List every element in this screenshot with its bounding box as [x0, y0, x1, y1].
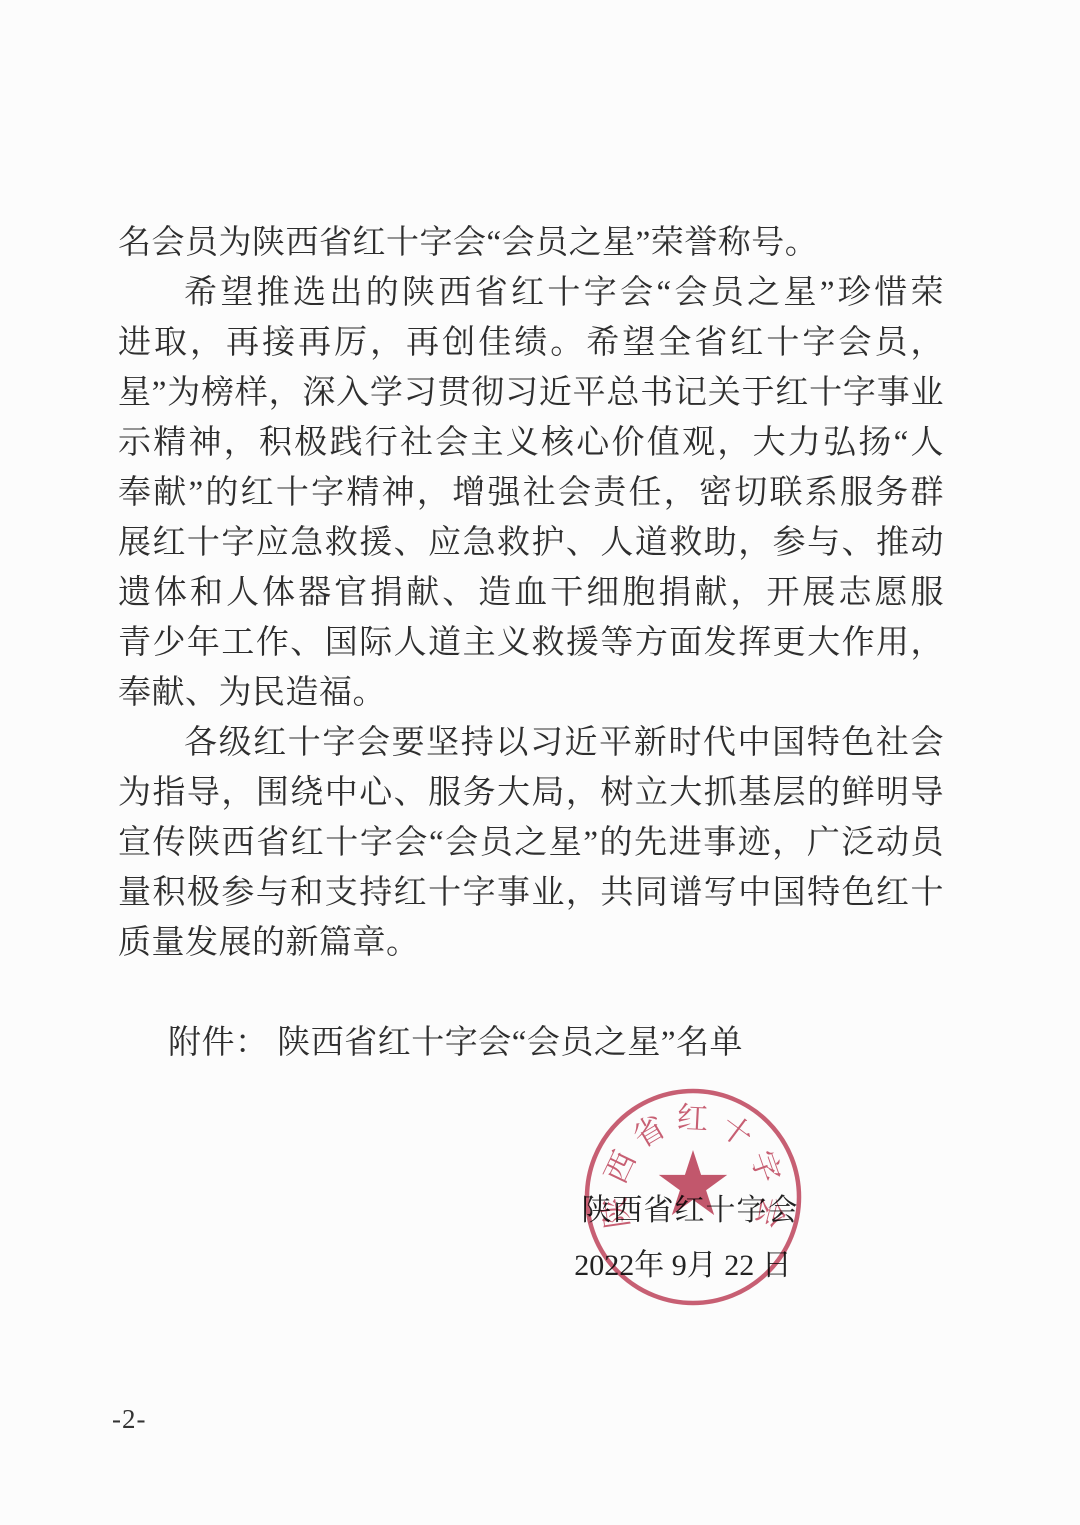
- attachment-line: 附件： 陕西省红十字会“会员之星”名单: [118, 1018, 944, 1068]
- document-page: 名会员为陕西省红十字会“会员之星”荣誉称号。 希望推选出的陕西省红十字会“会员之…: [0, 0, 1080, 1525]
- text-line: 示精神，积极践行社会主义核心价值观，大力弘扬“人道、博爱、: [118, 418, 944, 468]
- text-line: 希望推选出的陕西省红十字会“会员之星”珍惜荣誉，积极: [118, 268, 944, 318]
- body-text: 名会员为陕西省红十字会“会员之星”荣誉称号。 希望推选出的陕西省红十字会“会员之…: [118, 218, 944, 1068]
- text-line: 质量发展的新篇章。: [118, 918, 944, 968]
- text-line: 各级红十字会要坚持以习近平新时代中国特色社会主义思想: [118, 718, 944, 768]
- text-line: 量积极参与和支持红十字事业，共同谱写中国特色红十字事业高: [118, 868, 944, 918]
- seal-star-icon: [659, 1150, 727, 1215]
- text-line: 遗体和人体器官捐献、造血干细胞捐献，开展志愿服务、红十字: [118, 568, 944, 618]
- text-line: 进取，再接再厉，再创佳绩。希望全省红十字会员，以“会员之: [118, 318, 944, 368]
- text-line: 展红十字应急救援、应急救护、人道救助，参与、推动无偿献血、: [118, 518, 944, 568]
- text-line: 青少年工作、国际人道主义救援等方面发挥更大作用，努力为国: [118, 618, 944, 668]
- text-line: 奉献、为民造福。: [118, 668, 944, 718]
- text-line: 名会员为陕西省红十字会“会员之星”荣誉称号。: [118, 218, 944, 268]
- official-seal: 陕西省红十字会: [573, 1077, 813, 1317]
- text-line: 奉献”的红十字精神，增强社会责任，密切联系服务群众，在开: [118, 468, 944, 518]
- text-line: 宣传陕西省红十字会“会员之星”的先进事迹，广泛动员社会力: [118, 818, 944, 868]
- text-line: 星”为榜样，深入学习贯彻习近平总书记关于红十字事业重要指: [118, 368, 944, 418]
- page-number: -2-: [112, 1402, 146, 1436]
- text-line: 为指导，围绕中心、服务大局，树立大抓基层的鲜明导向，大力: [118, 768, 944, 818]
